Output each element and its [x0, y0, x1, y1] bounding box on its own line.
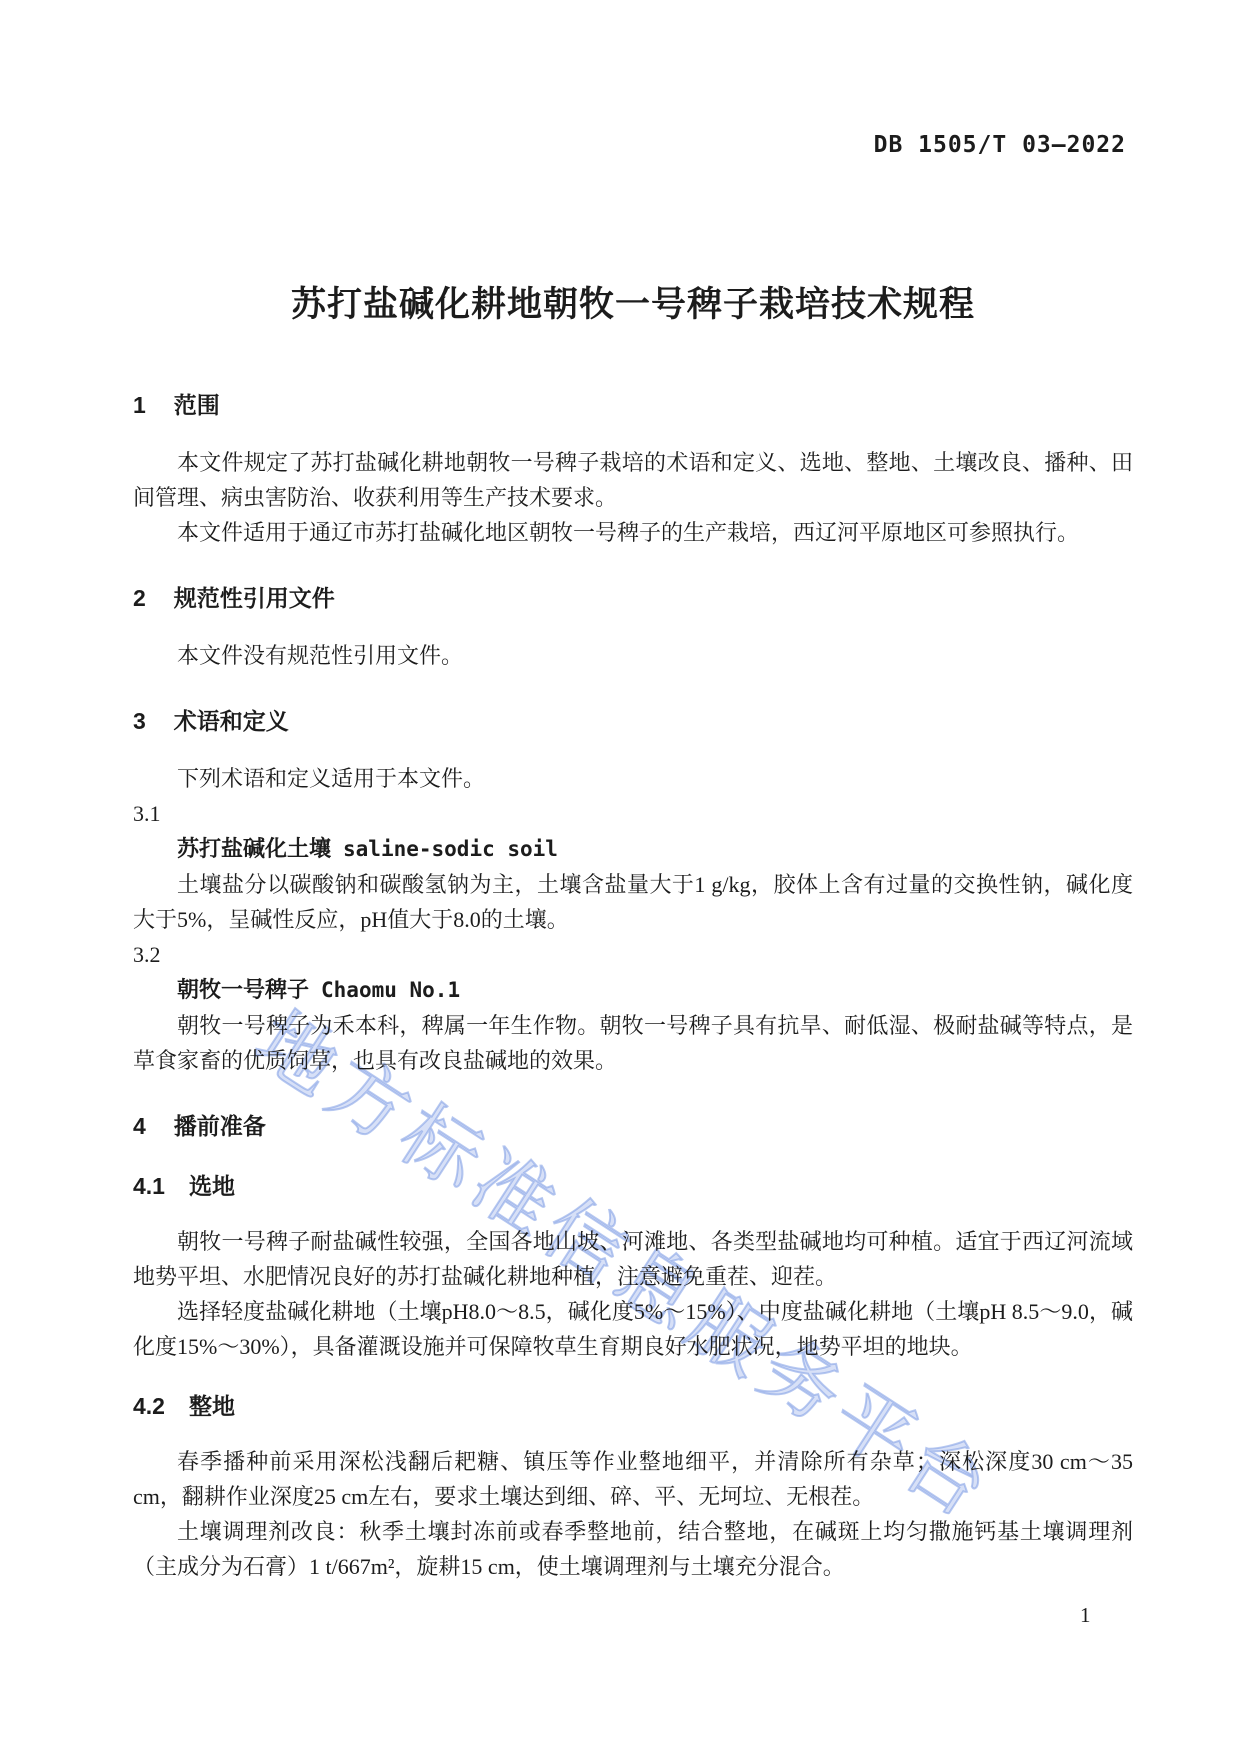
paragraph: 土壤调理剂改良：秋季土壤封冻前或春季整地前，结合整地，在碱斑上均匀撒施钙基土壤调… — [133, 1514, 1133, 1584]
section-number: 1 — [133, 387, 146, 423]
term-number: 3.1 — [133, 796, 1133, 831]
term-heading: 朝牧一号稗子Chaomu No.1 — [133, 972, 1133, 1008]
page-number: 1 — [1080, 1603, 1091, 1628]
section-heading-4.2: 4.2整地 — [133, 1388, 1133, 1424]
section-heading-3: 3术语和定义 — [133, 703, 1133, 739]
section-number: 4.2 — [133, 1388, 165, 1424]
paragraph: 本文件规定了苏打盐碱化耕地朝牧一号稗子栽培的术语和定义、选地、整地、土壤改良、播… — [133, 445, 1133, 515]
paragraph: 春季播种前采用深松浅翻后耙糖、镇压等作业整地细平，并清除所有杂草；深松深度30 … — [133, 1444, 1133, 1514]
section-title: 选地 — [189, 1168, 235, 1204]
section-heading-4: 4播前准备 — [133, 1108, 1133, 1144]
term-number: 3.2 — [133, 937, 1133, 972]
paragraph: 朝牧一号稗子耐盐碱性较强，全国各地山坡、河滩地、各类型盐碱地均可种植。适宜于西辽… — [133, 1224, 1133, 1294]
document-body: 1范围本文件规定了苏打盐碱化耕地朝牧一号稗子栽培的术语和定义、选地、整地、土壤改… — [133, 387, 1133, 1584]
section-heading-1: 1范围 — [133, 387, 1133, 423]
paragraph: 朝牧一号稗子为禾本科，稗属一年生作物。朝牧一号稗子具有抗旱、耐低湿、极耐盐碱等特… — [133, 1008, 1133, 1078]
paragraph: 土壤盐分以碳酸钠和碳酸氢钠为主，土壤含盐量大于1 g/kg，胶体上含有过量的交换… — [133, 867, 1133, 937]
term-zh: 朝牧一号稗子 — [177, 977, 309, 1002]
section-number: 2 — [133, 580, 146, 616]
term-zh: 苏打盐碱化土壤 — [177, 836, 331, 861]
section-title: 规范性引用文件 — [174, 580, 335, 616]
section-heading-2: 2规范性引用文件 — [133, 580, 1133, 616]
term-heading: 苏打盐碱化土壤saline-sodic soil — [133, 831, 1133, 867]
paragraph: 本文件适用于通辽市苏打盐碱化地区朝牧一号稗子的生产栽培，西辽河平原地区可参照执行… — [133, 515, 1133, 550]
section-heading-4.1: 4.1选地 — [133, 1168, 1133, 1204]
section-number: 4 — [133, 1108, 146, 1144]
paragraph: 选择轻度盐碱化耕地（土壤pH8.0～8.5，碱化度5%～15%）、中度盐碱化耕地… — [133, 1294, 1133, 1364]
page-title: 苏打盐碱化耕地朝牧一号稗子栽培技术规程 — [133, 283, 1133, 327]
section-title: 整地 — [189, 1388, 235, 1424]
section-title: 范围 — [174, 387, 220, 423]
paragraph: 本文件没有规范性引用文件。 — [133, 638, 1133, 673]
term-en: Chaomu No.1 — [321, 978, 460, 1002]
paragraph: 下列术语和定义适用于本文件。 — [133, 761, 1133, 796]
document-page: 苏打盐碱化耕地朝牧一号稗子栽培技术规程 1范围本文件规定了苏打盐碱化耕地朝牧一号… — [0, 0, 1241, 1754]
section-title: 播前准备 — [174, 1108, 266, 1144]
term-en: saline-sodic soil — [343, 837, 558, 861]
section-number: 4.1 — [133, 1168, 165, 1204]
section-title: 术语和定义 — [174, 703, 289, 739]
section-number: 3 — [133, 703, 146, 739]
